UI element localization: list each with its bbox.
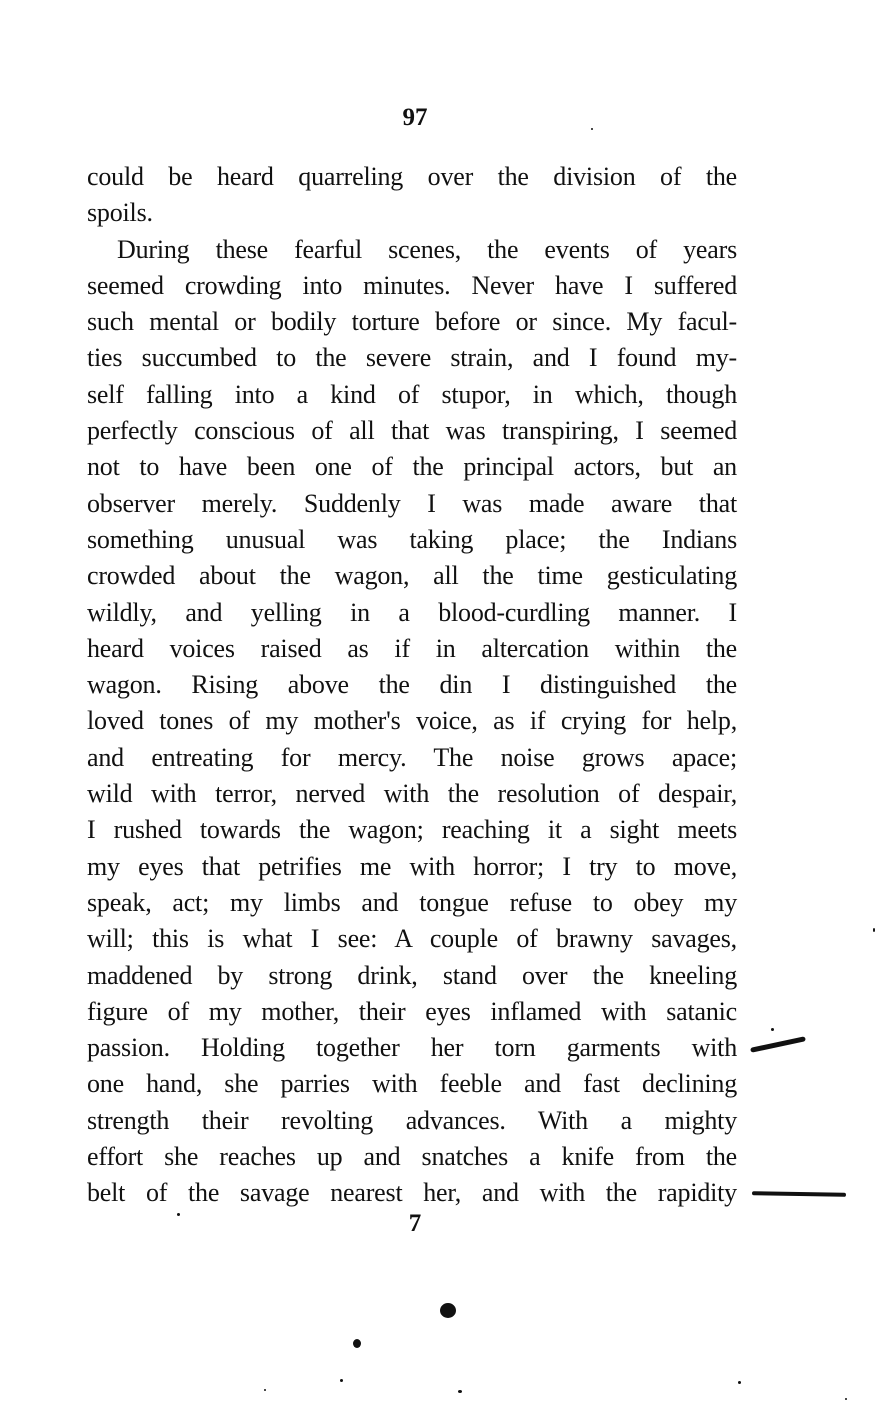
ink-blot [440, 1303, 456, 1318]
text-line: and entreating for mercy. The noise grow… [87, 740, 737, 776]
text-line: effort she reaches up and snatches a kni… [87, 1139, 737, 1175]
text-line: wild with terror, nerved with the resolu… [87, 776, 737, 812]
text-line: ties succumbed to the severe strain, and… [87, 340, 737, 376]
ink-speck [738, 1381, 741, 1384]
ink-speck [591, 128, 593, 130]
text-line: wildly, and yelling in a blood-curdling … [87, 595, 737, 631]
text-line: wagon. Rising above the din I distinguis… [87, 667, 737, 703]
text-line: loved tones of my mother's voice, as if … [87, 703, 737, 739]
text-line: passion. Holding together her torn garme… [87, 1030, 737, 1066]
text-line: not to have been one of the principal ac… [87, 449, 737, 485]
ink-speck [845, 1398, 847, 1400]
text-line: could be heard quarreling over the divis… [87, 159, 737, 195]
ink-speck [458, 1390, 462, 1393]
ink-speck [177, 1213, 180, 1216]
text-line: something unusual was taking place; the … [87, 522, 737, 558]
signature-mark: 7 [0, 1210, 830, 1238]
text-line: one hand, she parries with feeble and fa… [87, 1066, 737, 1102]
text-line: heard voices raised as if in altercation… [87, 631, 737, 667]
text-line: observer merely. Suddenly I was made awa… [87, 486, 737, 522]
text-line: belt of the savage nearest her, and with… [87, 1175, 737, 1211]
ink-blot [353, 1339, 361, 1348]
text-line: seemed crowding into minutes. Never have… [87, 268, 737, 304]
text-line: maddened by strong drink, stand over the… [87, 958, 737, 994]
text-line: such mental or bodily torture before or … [87, 304, 737, 340]
text-line: strength their revolting advances. With … [87, 1103, 737, 1139]
text-line: I rushed towards the wagon; reaching it … [87, 812, 737, 848]
margin-pen-stroke [750, 1036, 806, 1053]
margin-pen-stroke [752, 1191, 846, 1197]
text-line: will; this is what I see: A couple of br… [87, 921, 737, 957]
text-line: self falling into a kind of stupor, in w… [87, 377, 737, 413]
ink-speck [771, 1028, 774, 1031]
text-line: perfectly conscious of all that was tran… [87, 413, 737, 449]
text-line: spoils. [87, 195, 737, 231]
text-line: speak, act; my limbs and tongue refuse t… [87, 885, 737, 921]
ink-speck [340, 1379, 343, 1382]
page-number: 97 [0, 104, 830, 132]
ink-speck [264, 1389, 266, 1391]
text-line: crowded about the wagon, all the time ge… [87, 558, 737, 594]
text-line: my eyes that petrifies me with horror; I… [87, 849, 737, 885]
text-line: figure of my mother, their eyes inflamed… [87, 994, 737, 1030]
body-text: could be heard quarreling over the divis… [87, 159, 737, 1212]
ink-speck [873, 928, 875, 932]
paragraph-start-line: During these fearful scenes, the events … [87, 232, 737, 268]
